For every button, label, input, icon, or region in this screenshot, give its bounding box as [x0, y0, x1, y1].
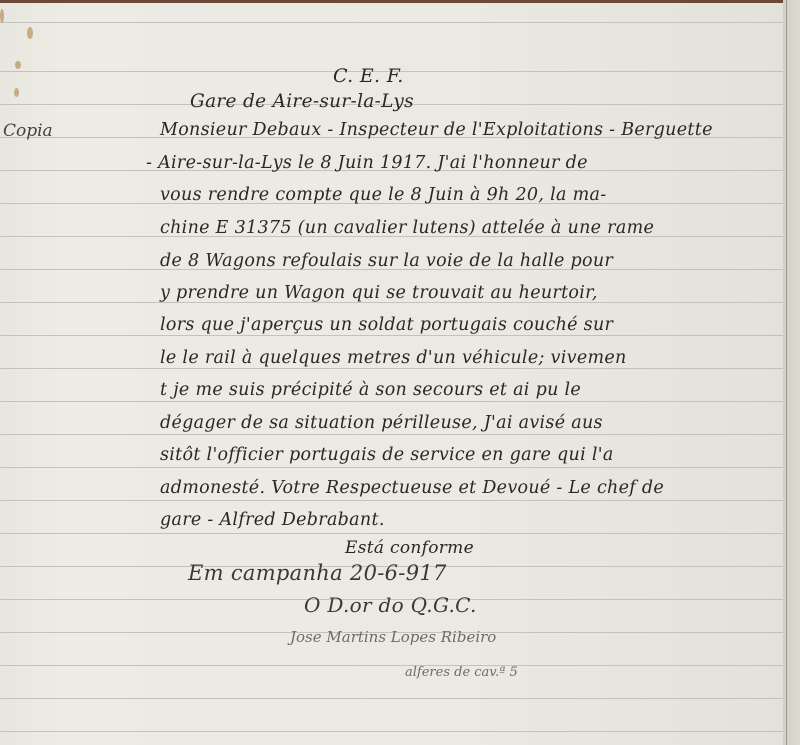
- adjacent-page-edge: [783, 0, 800, 745]
- body-line: Monsieur Debaux - Inspecteur de l'Exploi…: [160, 120, 713, 140]
- body-line: sitôt l'officier portugais de service en…: [160, 445, 614, 465]
- body-line: admonesté. Votre Respectueuse et Devoué …: [160, 478, 664, 498]
- stain-mark: [27, 27, 33, 39]
- esta-conforme: Está conforme: [345, 538, 474, 558]
- body-line: chine E 31375 (un cavalier lutens) attel…: [160, 218, 654, 238]
- station-line: Gare de Aire-sur-la-Lys: [190, 91, 414, 112]
- stain-mark: [0, 9, 4, 23]
- body-line: - Aire-sur-la-Lys le 8 Juin 1917. J'ai l…: [146, 153, 588, 173]
- margin-note-copia: Copia: [3, 121, 53, 141]
- stain-mark: [14, 88, 19, 97]
- body-line: t je me suis précipité à son secours et …: [160, 380, 581, 400]
- signature-rank: alferes de cav.ª 5: [405, 665, 518, 680]
- body-line: vous rendre compte que le 8 Juin à 9h 20…: [160, 185, 606, 205]
- document-header: C. E. F.: [333, 65, 404, 87]
- certifier-title: O D.or do Q.G.C.: [304, 593, 477, 617]
- body-line: lors que j'aperçus un soldat portugais c…: [160, 315, 613, 335]
- body-line: le le rail à quelques metres d'un véhicu…: [160, 348, 627, 368]
- body-line: y prendre un Wagon qui se trouvait au he…: [160, 283, 598, 303]
- body-line: gare - Alfred Debrabant.: [160, 510, 385, 530]
- body-line: dégager de sa situation périlleuse, J'ai…: [160, 413, 603, 433]
- body-line: de 8 Wagons refoulais sur la voie de la …: [160, 251, 613, 271]
- signature: Jose Martins Lopes Ribeiro: [290, 628, 496, 646]
- notebook-page: C. E. F. Gare de Aire-sur-la-Lys Copia M…: [0, 3, 783, 745]
- stain-mark: [15, 61, 21, 69]
- place-date: Em campanha 20-6-917: [188, 561, 447, 585]
